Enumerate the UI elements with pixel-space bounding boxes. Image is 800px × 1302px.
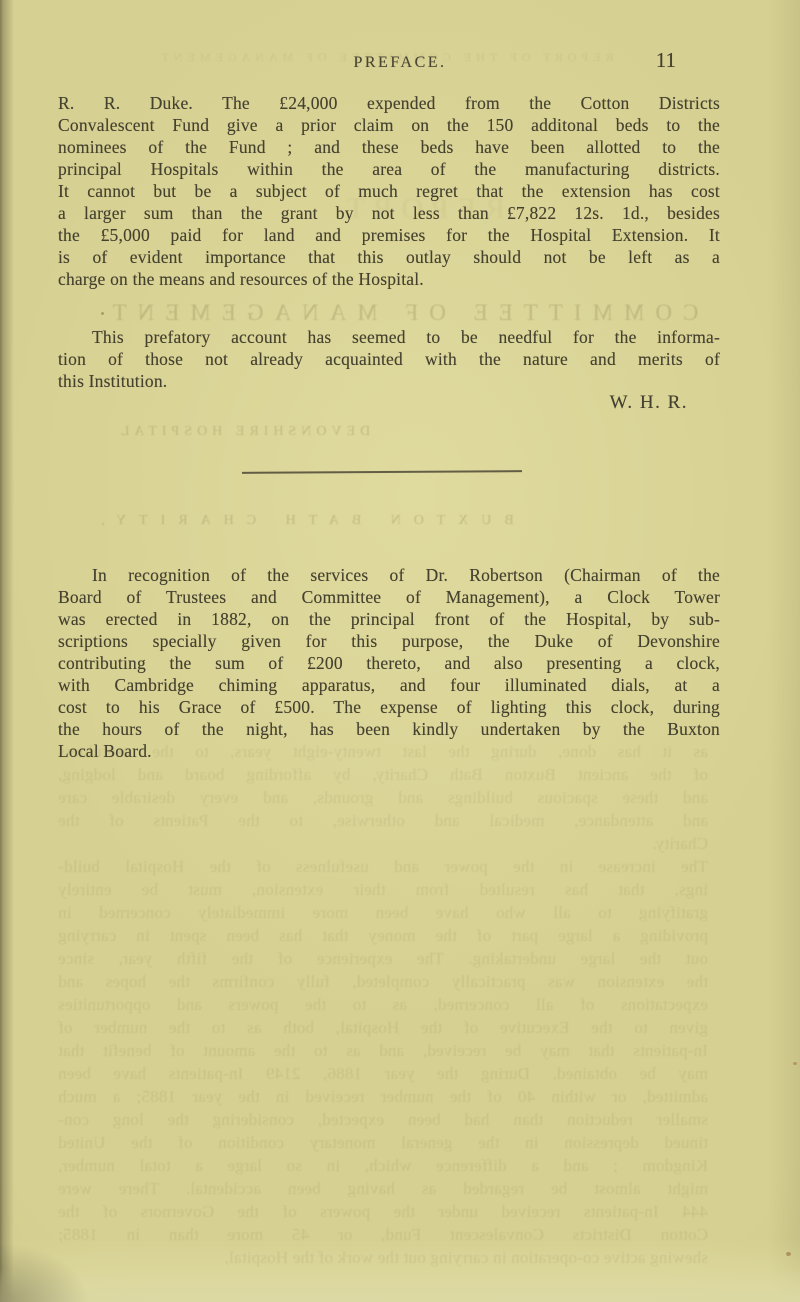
text-line: the £5,000 paid for land and premises fo…: [58, 224, 720, 246]
text-line: ings, that has resulted from their exten…: [58, 878, 708, 901]
text-line: 444 In-patients received under the power…: [58, 1200, 708, 1223]
text-line: It cannot but be a subject of much regre…: [58, 180, 720, 202]
bleedthrough-body-text: as it has done, during the last twenty-e…: [58, 740, 708, 1269]
text-line: contributing the sum of £200 thereto, an…: [58, 652, 720, 674]
text-line: cost to his Grace of £500. The expense o…: [58, 696, 720, 718]
text-line: smaller reduction than had been expected…: [58, 1108, 708, 1131]
text-line: Charity.: [58, 832, 708, 855]
text-line: and attendance, medical and otherwise, t…: [58, 809, 708, 832]
text-line: out the large undertaking. The experienc…: [58, 947, 708, 970]
text-line: shewing active co-operation in carrying …: [58, 1246, 708, 1269]
text-line: Board of Trustees and Committee of Manag…: [58, 586, 720, 608]
text-line: In recognition of the services of Dr. Ro…: [58, 564, 720, 586]
page-number: 11: [600, 48, 676, 73]
text-line: Kingdom ; and a difference which, in so …: [58, 1154, 708, 1177]
text-line: given to the Executive of the Hospital, …: [58, 1016, 708, 1039]
text-line: This prefatory account has seemed to be …: [58, 326, 720, 348]
text-line: Cotton Districts Convalescent Fund, or 4…: [58, 1223, 708, 1246]
text-line: might almost be regarded as having been …: [58, 1177, 708, 1200]
paragraph-cotton-districts: R. R. Duke. The £24,000 expended from th…: [58, 92, 720, 290]
text-line: tion of those not already acquainted wit…: [58, 348, 720, 370]
paragraph-clock-tower: In recognition of the services of Dr. Ro…: [58, 564, 720, 762]
text-line: tinued depression in the general monetar…: [58, 1131, 708, 1154]
text-line: admitted, or within 40 of the number rec…: [58, 1085, 708, 1108]
text-line: scriptions specially given for this purp…: [58, 630, 720, 652]
book-page-scan: REPORT OF THE COMMITTEE OF MANAGEMENT RE…: [0, 0, 800, 1302]
paragraph-prefatory-account: This prefatory account has seemed to be …: [58, 326, 720, 392]
text-line: of the ancient Buxton Bath Charity, by a…: [58, 763, 708, 786]
text-line: gratifying to all who have been more imm…: [58, 901, 708, 924]
text-line: expectations of all concerned, as to the…: [58, 993, 708, 1016]
text-line: this Institution.: [58, 370, 720, 392]
text-line: with Cambridge chiming apparatus, and fo…: [58, 674, 720, 696]
text-line: R. R. Duke. The £24,000 expended from th…: [58, 92, 720, 114]
text-line: Convalescent Fund give a prior claim on …: [58, 114, 720, 136]
text-line: principal Hospitals within the area of t…: [58, 158, 720, 180]
text-line: providing a large part of the money that…: [58, 924, 708, 947]
text-line: was erected in 1882, on the principal fr…: [58, 608, 720, 630]
text-line: nominees of the Fund ; and these beds ha…: [58, 136, 720, 158]
text-line: Local Board.: [58, 740, 720, 762]
text-line: may be obtained. During the year 1886, 2…: [58, 1062, 708, 1085]
text-line: a larger sum than the grant by not less …: [58, 202, 720, 224]
text-line: The increase in the power and usefulness…: [58, 855, 708, 878]
text-line: the hours of the night, has been kindly …: [58, 718, 720, 740]
text-line: is of evident importance that this outla…: [58, 246, 720, 268]
bleedthrough-devonshire-heading: DEVONSHIRE HOSPITAL: [108, 424, 378, 440]
bleedthrough-committee-heading: COMMITTEE OF MANAGEMENT: [0, 300, 800, 326]
text-line: charge on the means and resources of the…: [58, 268, 720, 290]
text-line: the extension was practically completed,…: [58, 970, 708, 993]
running-title: PREFACE.: [0, 54, 800, 72]
bleedthrough-buxton-heading: BUXTON BATH CHARITY,: [56, 513, 546, 529]
text-line: and these spacious buildings and grounds…: [58, 786, 708, 809]
signature-initials: W. H. R.: [58, 392, 688, 414]
text-line: In-patients that may be received, and as…: [58, 1039, 708, 1062]
